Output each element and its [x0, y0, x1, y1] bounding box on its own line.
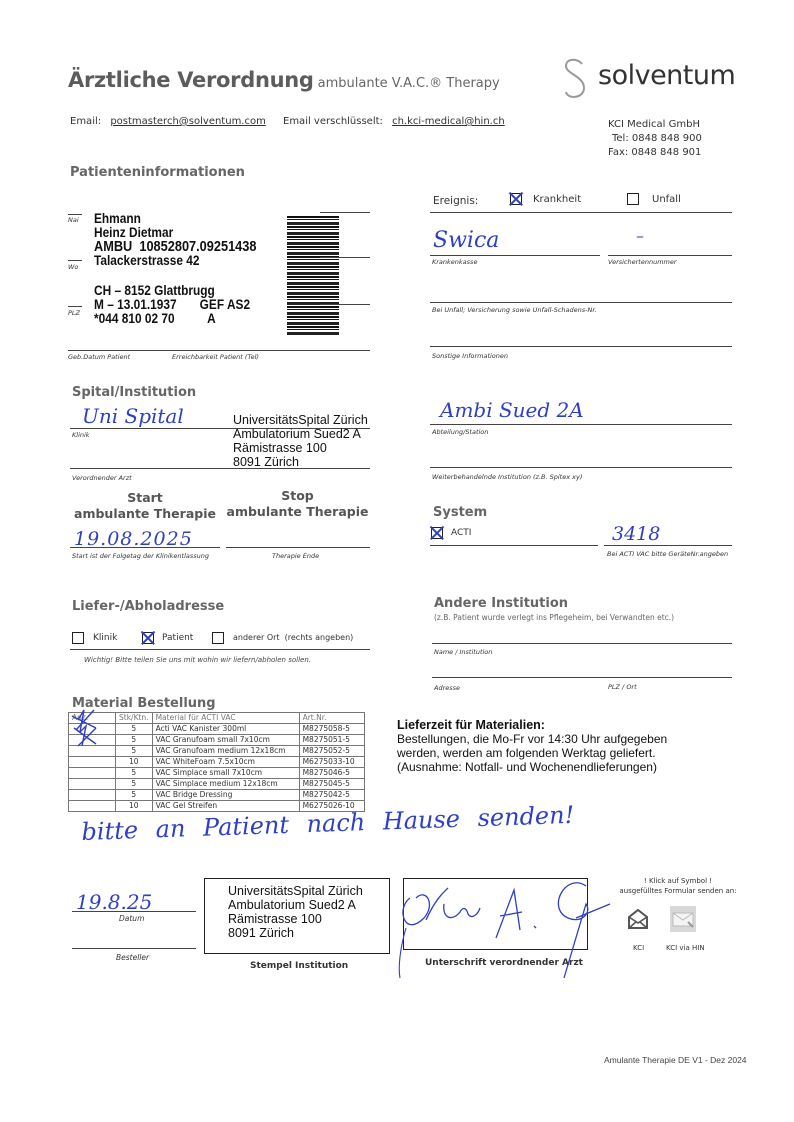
hospital-stamp: UniversitätsSpital Zürich Ambulatorium S…	[233, 413, 368, 469]
art-nr-cell: M8275046-5	[299, 768, 364, 779]
encrypted-email-row: Email verschlüsselt: ch.kci-medical@hin.…	[283, 116, 505, 127]
material-cell: VAC Granufoam small 7x10cm	[152, 735, 299, 746]
delivery-section-title: Liefer-/Abholadresse	[72, 599, 224, 614]
hospital-section-title: Spital/Institution	[72, 385, 196, 400]
checkbox-patient[interactable]	[142, 632, 154, 644]
table-row: 15Acti VAC Kanister 300mlM8275058-5	[69, 724, 365, 735]
other-info-label: Sonstige Informationen	[432, 352, 508, 360]
patient-section-title: Patienteninformationen	[70, 165, 245, 180]
qty-cell[interactable]	[69, 768, 116, 779]
stop-date-label: Therapie Ende	[272, 552, 319, 560]
acti-label: ACTI	[451, 528, 471, 538]
insurer-value[interactable]: Swica	[433, 228, 499, 253]
qty-cell[interactable]	[69, 757, 116, 768]
clinic-value[interactable]: Uni Spital	[82, 404, 184, 428]
table-row: 10VAC WhiteFoam 7.5x10cmM6275033-10	[69, 757, 365, 768]
send-hint-line: ausgefülltes Formular senden an:	[618, 886, 738, 896]
unfall-label: Unfall	[652, 194, 681, 205]
delivery-time-line: werden, werden am folgenden Werktag geli…	[397, 746, 667, 760]
delivery-time-info: Lieferzeit für Materialien: Bestellungen…	[397, 718, 667, 774]
start-therapy-title: Start ambulante Therapie	[70, 490, 220, 522]
stamp-line: Ambulatorium Sued2 A	[228, 898, 363, 912]
stamp-line: Ambulatorium Sued2 A	[233, 427, 368, 441]
solventum-logo-icon	[560, 56, 592, 102]
col-per-box: Stk/Ktn.	[116, 713, 153, 724]
per-box-cell: 10	[116, 801, 153, 812]
footer-version: Amulante Therapie DE V1 - Dez 2024	[604, 1055, 747, 1065]
stop-therapy-title: Stop ambulante Therapie	[225, 488, 370, 520]
patient-phone: *044 810 02 70 A	[94, 312, 256, 326]
start-title-line: ambulante Therapie	[70, 506, 220, 522]
title-subtitle: ambulante V.A.C.® Therapy	[318, 76, 500, 91]
material-cell: VAC Gel Streifen	[152, 801, 299, 812]
table-row: 5VAC Granufoam medium 12x18cmM8275052-5	[69, 746, 365, 757]
table-row: 5VAC Simplace medium 12x18cmM8275045-5	[69, 779, 365, 790]
followup-label: Weiterbehandelnde Institution (z.B. Spit…	[432, 473, 582, 481]
patient-city: CH – 8152 Glattbrugg	[94, 284, 256, 298]
email-row: Email: postmasterch@solventum.com	[70, 116, 266, 127]
company-tel: Tel: 0848 848 900	[608, 132, 702, 146]
email-label: Email:	[70, 116, 101, 127]
per-box-cell: 5	[116, 790, 153, 801]
stop-title-line: ambulante Therapie	[225, 504, 370, 520]
checkbox-krankheit[interactable]	[510, 193, 522, 205]
start-date-label: Start ist der Folgetag der Klinikentlass…	[72, 552, 209, 560]
delivery-time-line: Bestellungen, die Mo-Fr vor 14:30 Uhr au…	[397, 732, 667, 746]
patient-birthdate: M – 13.01.1937 GEF AS2	[94, 298, 256, 312]
art-nr-cell: M8275058-5	[299, 724, 364, 735]
label-name: Nai	[68, 216, 79, 224]
material-cell: VAC Simplace medium 12x18cm	[152, 779, 299, 790]
send-hint-line: ! Klick auf Symbol !	[618, 876, 738, 886]
patient-lastname: Ehmann	[94, 212, 256, 226]
per-box-cell: 5	[116, 746, 153, 757]
table-row: 5VAC Simplace small 7x10cmM8275046-5	[69, 768, 365, 779]
envelope-hin-icon[interactable]	[670, 906, 696, 932]
per-box-cell: 5	[116, 735, 153, 746]
orderer-label: Besteller	[116, 953, 149, 962]
delivery-time-title: Lieferzeit für Materialien:	[397, 718, 545, 732]
institution-name-label: Name / Institution	[434, 648, 492, 656]
company-fax: Fax: 0848 848 901	[608, 146, 702, 160]
checkbox-klinik[interactable]	[72, 632, 84, 644]
device-number-label: Bei ACTI VAC bitte GeräteNr.angeben	[607, 550, 728, 558]
doctor-signature	[396, 868, 616, 988]
material-cell: VAC WhiteFoam 7.5x10cm	[152, 757, 299, 768]
accident-label: Bei Unfall; Versicherung sowie Unfall-Sc…	[432, 306, 597, 314]
art-nr-cell: M8275045-5	[299, 779, 364, 790]
col-material: Material für ACTI VAC	[152, 713, 299, 724]
patient-label: Patient	[162, 633, 193, 643]
company-name: KCI Medical GmbH	[608, 118, 702, 132]
patient-case-number: AMBU 10852807.09251438	[94, 240, 256, 254]
stamp-line: UniversitätsSpital Zürich	[228, 884, 363, 898]
insurer-label: Krankenkasse	[432, 258, 477, 266]
checkbox-acti[interactable]	[431, 527, 443, 539]
label-phone: Erreichbarkeit Patient (Tel)	[172, 353, 259, 361]
art-nr-cell: M6275033-10	[299, 757, 364, 768]
brand-name: solventum	[598, 60, 735, 91]
email-link[interactable]: postmasterch@solventum.com	[110, 116, 266, 127]
col-art-nr: Art.Nr.	[299, 713, 364, 724]
signature-label: Unterschrift verordnender Arzt	[425, 958, 583, 968]
per-box-cell: 10	[116, 757, 153, 768]
title-main: Ärztliche Verordnung	[68, 68, 314, 92]
stamp-line: Rämistrasse 100	[228, 912, 363, 926]
patient-barcode	[287, 216, 339, 336]
handwritten-quantity-marks	[70, 706, 106, 748]
table-row: 15VAC Granufoam small 7x10cmM8275051-5	[69, 735, 365, 746]
date-label: Datum	[119, 914, 144, 923]
clinic-label: Klinik	[72, 431, 90, 439]
klinik-label: Klinik	[93, 633, 117, 643]
stamp-label: Stempel Institution	[250, 961, 348, 971]
stamp-line: 8091 Zürich	[233, 455, 368, 469]
department-value[interactable]: Ambi Sued 2A	[440, 398, 584, 422]
table-row: 5VAC Bridge DressingM8275042-5	[69, 790, 365, 801]
event-label: Ereignis:	[433, 195, 478, 207]
other-institution-title: Andere Institution	[434, 596, 568, 611]
hin-send-label: KCI via HIN	[666, 944, 705, 952]
encrypted-email-link[interactable]: ch.kci-medical@hin.ch	[392, 116, 505, 127]
patient-firstname: Heinz Dietmar	[94, 226, 256, 240]
stop-title-line: Stop	[225, 488, 370, 504]
art-nr-cell: M8275042-5	[299, 790, 364, 801]
table-header-row: Anz. Stk/Ktn. Material für ACTI VAC Art.…	[69, 713, 365, 724]
label-birthdate: Geb.Datum Patient	[68, 353, 130, 361]
encrypted-email-label: Email verschlüsselt:	[283, 116, 383, 127]
qty-cell[interactable]	[69, 801, 116, 812]
materials-table: Anz. Stk/Ktn. Material für ACTI VAC Art.…	[68, 712, 365, 812]
label-wohnort: Wo	[68, 263, 78, 271]
doctor-label: Verordnender Arzt	[72, 474, 132, 482]
checkbox-unfall[interactable]	[627, 193, 639, 205]
insured-number-label: Versichertennummer	[608, 258, 677, 266]
material-cell: VAC Granufoam medium 12x18cm	[152, 746, 299, 757]
stamp-line: UniversitätsSpital Zürich	[233, 413, 368, 427]
per-box-cell: 5	[116, 768, 153, 779]
company-info: KCI Medical GmbH Tel: 0848 848 900 Fax: …	[608, 118, 702, 160]
send-hint: ! Klick auf Symbol ! ausgefülltes Formul…	[618, 876, 738, 896]
qty-cell[interactable]	[69, 790, 116, 801]
institution-stamp: UniversitätsSpital Zürich Ambulatorium S…	[228, 884, 363, 940]
other-institution-hint: (z.B. Patient wurde verlegt ins Pflegehe…	[434, 613, 674, 622]
start-title-line: Start	[70, 490, 220, 506]
material-cell: VAC Bridge Dressing	[152, 790, 299, 801]
form-title: Ärztliche Verordnungambulante V.A.C.® Th…	[68, 68, 500, 92]
art-nr-cell: M8275051-5	[299, 735, 364, 746]
checkbox-other-location[interactable]	[212, 632, 224, 644]
other-location-label: anderer Ort (rechts angeben)	[233, 633, 353, 642]
patient-street: Talackerstrasse 42	[94, 254, 256, 268]
per-box-cell: 5	[116, 779, 153, 790]
material-cell: VAC Simplace small 7x10cm	[152, 768, 299, 779]
envelope-open-icon[interactable]	[627, 908, 649, 930]
stamp-line: 8091 Zürich	[228, 926, 363, 940]
system-section-title: System	[433, 505, 487, 520]
krankheit-label: Krankheit	[533, 194, 581, 205]
qty-cell[interactable]	[69, 779, 116, 790]
delivery-time-line: (Ausnahme: Notfall- und Wochenendlieferu…	[397, 760, 667, 774]
department-label: Abteilung/Station	[432, 428, 488, 436]
insured-number-value[interactable]: –	[636, 226, 644, 245]
material-cell: Acti VAC Kanister 300ml	[152, 724, 299, 735]
stamp-line: Rämistrasse 100	[233, 441, 368, 455]
kci-send-label: KCI	[633, 944, 644, 952]
address-label: Adresse	[434, 684, 460, 692]
plz-label: PLZ / Ort	[608, 683, 637, 691]
device-number-value[interactable]: 3418	[612, 523, 660, 545]
delivery-note: Wichtig! Bitte teilen Sie uns mit wohin …	[84, 656, 311, 664]
per-box-cell: 5	[116, 724, 153, 735]
art-nr-cell: M8275052-5	[299, 746, 364, 757]
label-plz: PLZ	[68, 309, 80, 317]
patient-sticker: Ehmann Heinz Dietmar AMBU 10852807.09251…	[94, 212, 279, 326]
